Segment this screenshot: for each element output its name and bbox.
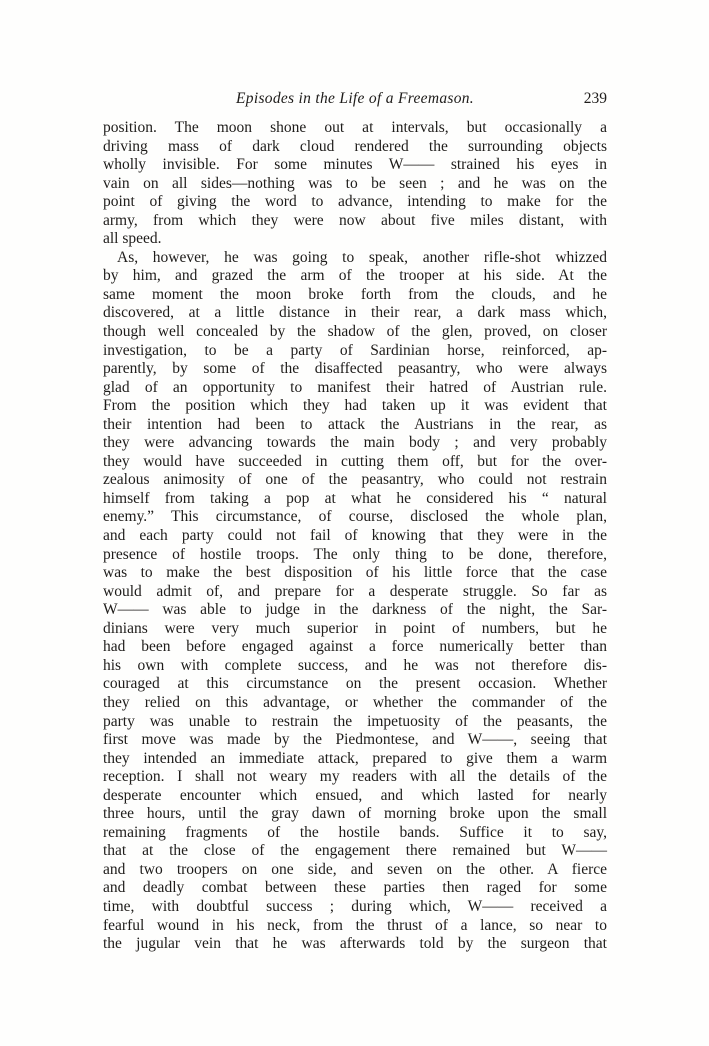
- text-line: From the position which they had taken u…: [103, 397, 607, 416]
- text-line: their intention had been to attack the A…: [103, 416, 607, 435]
- text-line: himself from taking a pop at what he con…: [103, 490, 607, 509]
- text-line: enemy.” This circumstance, of course, di…: [103, 508, 607, 527]
- text-line: army, from which they were now about fiv…: [103, 212, 607, 231]
- text-line: party was unable to restrain the impetuo…: [103, 713, 607, 732]
- text-line: presence of hostile troops. The only thi…: [103, 546, 607, 565]
- book-page: Episodes in the Life of a Freemason. 239…: [0, 0, 709, 1046]
- text-line: discovered, at a little distance in thei…: [103, 304, 607, 323]
- text-line: dinians were very much superior in point…: [103, 620, 607, 639]
- text-line: had been before engaged against a force …: [103, 638, 607, 657]
- text-line: W—— was able to judge in the darkness of…: [103, 601, 607, 620]
- text-line: zealous animosity of one of the peasantr…: [103, 471, 607, 490]
- text-line: three hours, until the gray dawn of morn…: [103, 805, 607, 824]
- text-line: though well concealed by the shadow of t…: [103, 323, 607, 342]
- running-title: Episodes in the Life of a Freemason.: [103, 89, 607, 109]
- text-line: they intended an immediate attack, prepa…: [103, 750, 607, 769]
- text-line: by him, and grazed the arm of the troope…: [103, 267, 607, 286]
- text-line: they were advancing towards the main bod…: [103, 434, 607, 453]
- text-line: remaining fragments of the hostile bands…: [103, 824, 607, 843]
- text-line: the jugular vein that he was afterwards …: [103, 935, 607, 954]
- text-column: Episodes in the Life of a Freemason. 239…: [103, 89, 607, 954]
- text-line: As, however, he was going to speak, anot…: [103, 249, 607, 268]
- text-line: reception. I shall not weary my readers …: [103, 768, 607, 787]
- text-line: all speed.: [103, 230, 607, 249]
- text-line: that at the close of the engagement ther…: [103, 842, 607, 861]
- text-line: his own with complete success, and he wa…: [103, 657, 607, 676]
- text-line: parently, by some of the disaffected pea…: [103, 360, 607, 379]
- text-line: and deadly combat between these parties …: [103, 879, 607, 898]
- text-line: time, with doubtful success ; during whi…: [103, 898, 607, 917]
- page-header: Episodes in the Life of a Freemason. 239: [103, 89, 607, 109]
- text-line: was to make the best disposition of his …: [103, 564, 607, 583]
- text-line: position. The moon shone out at interval…: [103, 119, 607, 138]
- text-line: same moment the moon broke forth from th…: [103, 286, 607, 305]
- text-line: vain on all sides—nothing was to be seen…: [103, 175, 607, 194]
- text-line: they would have succeeded in cutting the…: [103, 453, 607, 472]
- text-line: and each party could not fail of knowing…: [103, 527, 607, 546]
- text-line: point of giving the word to advance, int…: [103, 193, 607, 212]
- text-line: investigation, to be a party of Sardinia…: [103, 342, 607, 361]
- text-line: wholly invisible. For some minutes W—— s…: [103, 156, 607, 175]
- text-line: they relied on this advantage, or whethe…: [103, 694, 607, 713]
- text-line: would admit of, and prepare for a desper…: [103, 583, 607, 602]
- text-line: couraged at this circumstance on the pre…: [103, 675, 607, 694]
- page-body: position. The moon shone out at interval…: [103, 119, 607, 954]
- text-line: and two troopers on one side, and seven …: [103, 861, 607, 880]
- text-line: fearful wound in his neck, from the thru…: [103, 917, 607, 936]
- text-line: first move was made by the Piedmontese, …: [103, 731, 607, 750]
- text-line: driving mass of dark cloud rendered the …: [103, 138, 607, 157]
- page-number: 239: [584, 89, 607, 109]
- text-line: glad of an opportunity to manifest their…: [103, 379, 607, 398]
- text-line: desperate encounter which ensued, and wh…: [103, 787, 607, 806]
